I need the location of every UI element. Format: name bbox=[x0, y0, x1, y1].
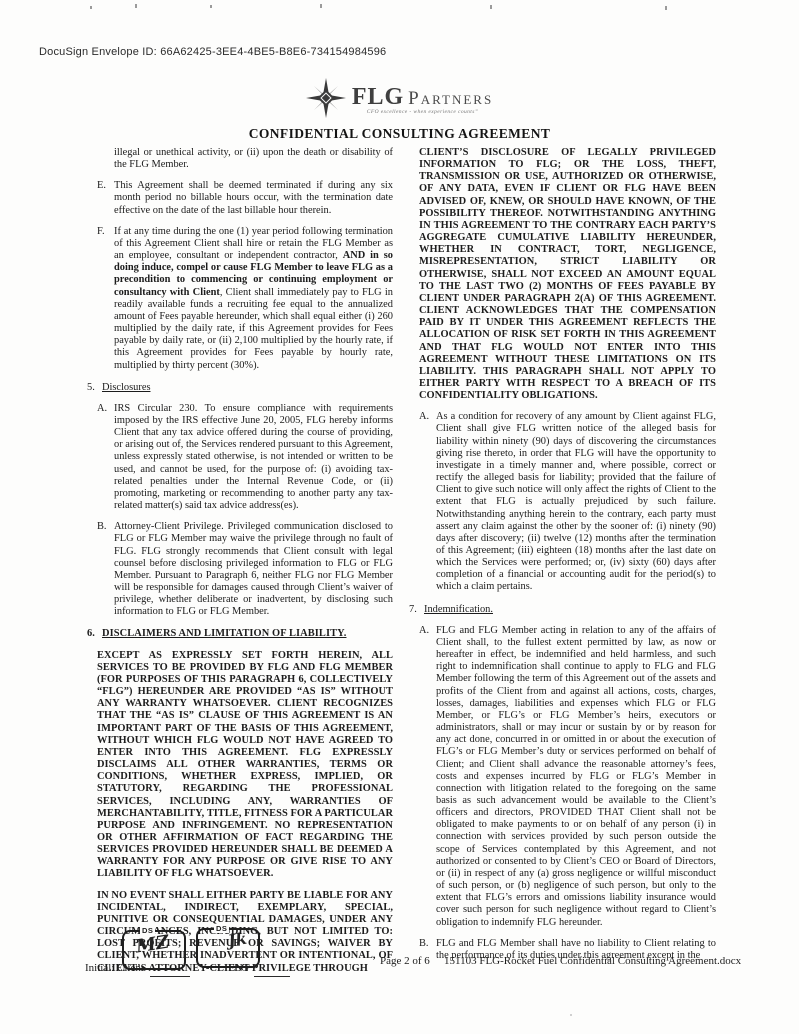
flg-partners-logo: FLG Partners CFO excellence - when exper… bbox=[306, 78, 493, 123]
scan-artifact bbox=[210, 5, 212, 8]
scan-artifact bbox=[490, 5, 492, 9]
flg-initials-signature: Jk bbox=[227, 929, 248, 951]
left-column: illegal or unethical activity, or (ii) u… bbox=[87, 147, 393, 984]
docusign-envelope-id: DocuSign Envelope ID: 66A62425-3EE4-4BE5… bbox=[39, 46, 386, 58]
document-filename: 151103 FLG-Rocket Fuel Confidential Cons… bbox=[444, 955, 741, 967]
logo-wordmark: FLG Partners CFO excellence - when exper… bbox=[352, 85, 493, 116]
section-6-title: DISCLAIMERS AND LIMITATION OF LIABILITY. bbox=[102, 628, 346, 640]
item-f-text: If at any time during the one (1) year p… bbox=[114, 226, 393, 372]
body-columns: illegal or unethical activity, or (ii) u… bbox=[87, 147, 716, 984]
logo-flg-text: FLG bbox=[352, 84, 404, 110]
right-column: CLIENT’S DISCLOSURE OF LEGALLY PRIVILEGE… bbox=[409, 147, 716, 984]
item-f-label: F. bbox=[97, 226, 114, 372]
item-f: F. If at any time during the one (1) yea… bbox=[97, 226, 393, 372]
page-title: CONFIDENTIAL CONSULTING AGREEMENT bbox=[0, 126, 799, 142]
section-6-paragraph-1: EXCEPT AS EXPRESSLY SET FORTH HEREIN, AL… bbox=[97, 650, 393, 881]
item-6a-text: As a condition for recovery of any amoun… bbox=[436, 411, 716, 593]
document-page: DocuSign Envelope ID: 66A62425-3EE4-4BE5… bbox=[0, 0, 799, 1034]
scan-artifact bbox=[135, 4, 137, 8]
item-5b-label: B. bbox=[97, 521, 114, 618]
item-7a: A. FLG and FLG Member acting in relation… bbox=[419, 625, 716, 929]
item-6a-label: A. bbox=[419, 411, 436, 593]
scan-artifact bbox=[570, 1014, 572, 1016]
scan-artifact bbox=[665, 6, 667, 10]
item-5a-text: IRS Circular 230. To ensure compliance w… bbox=[114, 403, 393, 512]
section-7-title: Indemnification. bbox=[424, 604, 493, 616]
section-5-heading: 5. Disclosures bbox=[87, 382, 393, 394]
item-5a-label: A. bbox=[97, 403, 114, 512]
logo-partners-text: Partners bbox=[408, 88, 493, 109]
item-7a-text: FLG and FLG Member acting in relation to… bbox=[436, 625, 716, 929]
section-5-number: 5. bbox=[87, 382, 102, 394]
item-e-text: This Agreement shall be deemed terminate… bbox=[114, 180, 393, 216]
paragraph-d-continuation: illegal or unethical activity, or (ii) u… bbox=[114, 147, 393, 171]
item-5b: B. Attorney-Client Privilege. Privileged… bbox=[97, 521, 393, 618]
document-header: FLG Partners CFO excellence - when exper… bbox=[0, 78, 799, 142]
liability-caps-paragraph: CLIENT’S DISCLOSURE OF LEGALLY PRIVILEGE… bbox=[419, 147, 716, 402]
logo-tagline: CFO excellence - when experience counts” bbox=[352, 110, 493, 116]
compass-rose-icon bbox=[306, 78, 346, 123]
scan-artifact bbox=[90, 6, 92, 9]
client-initial-line bbox=[150, 976, 190, 977]
section-7-number: 7. bbox=[409, 604, 424, 616]
flg-initial-line bbox=[254, 976, 290, 977]
item-7a-label: A. bbox=[419, 625, 436, 929]
scan-artifact bbox=[320, 4, 322, 8]
item-e: E. This Agreement shall be deemed termin… bbox=[97, 180, 393, 216]
page-number: Page 2 of 6 bbox=[380, 955, 430, 967]
item-e-label: E. bbox=[97, 180, 114, 216]
section-6-number: 6. bbox=[87, 628, 102, 640]
section-5-title: Disclosures bbox=[102, 382, 150, 394]
item-6a: A. As a condition for recovery of any am… bbox=[419, 411, 716, 593]
item-5b-text: Attorney-Client Privilege. Privileged co… bbox=[114, 521, 393, 618]
section-7-heading: 7. Indemnification. bbox=[409, 604, 716, 616]
item-5a: A. IRS Circular 230. To ensure complianc… bbox=[97, 403, 393, 512]
section-6-heading: 6. DISCLAIMERS AND LIMITATION OF LIABILI… bbox=[87, 628, 393, 640]
